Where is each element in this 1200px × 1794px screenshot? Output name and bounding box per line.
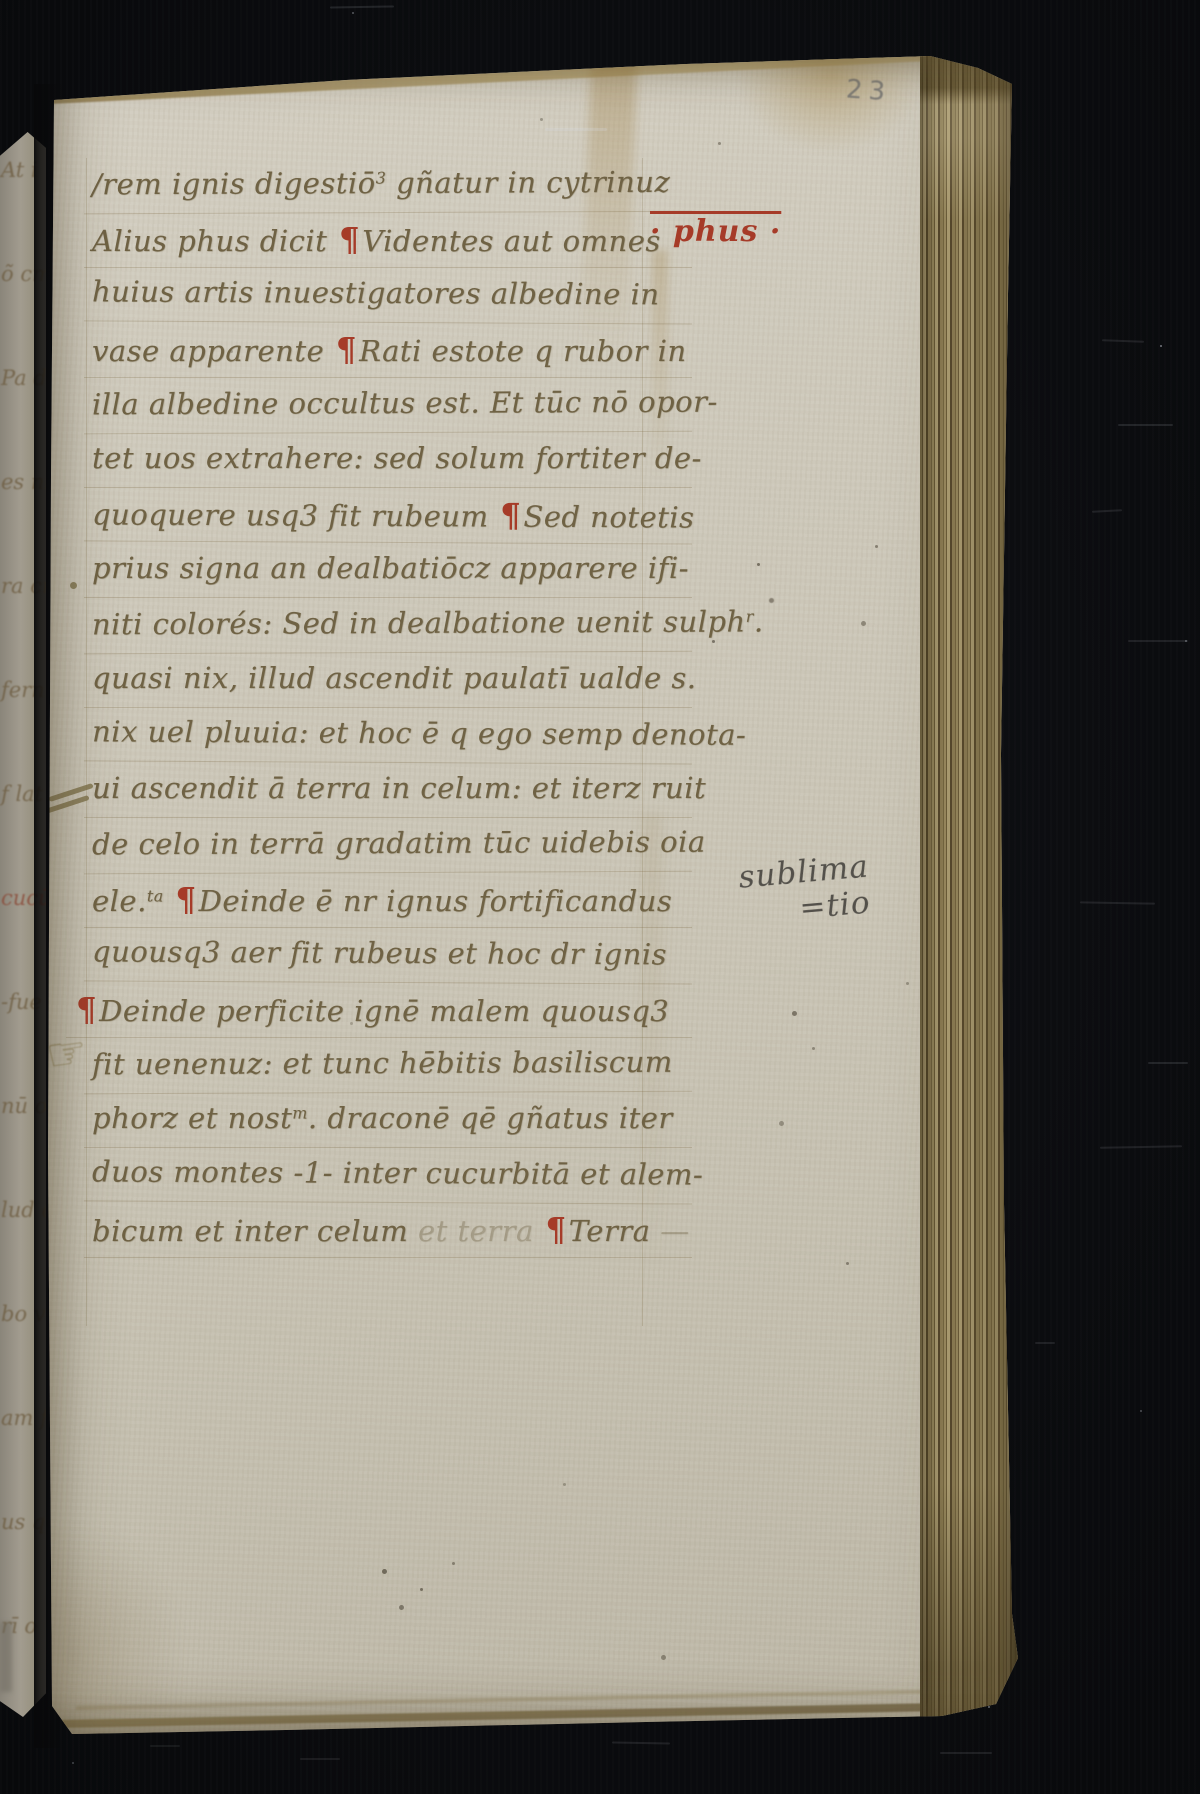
text-run: m	[292, 1103, 308, 1122]
text-run: Deinde perficite ignē malem quousq3	[99, 994, 669, 1028]
scratch-mark	[1100, 1145, 1182, 1148]
dust-specks	[0, 0, 2, 2]
text-run: /rem ignis digestiō	[92, 166, 376, 201]
text-run: duos montes -1- inter cucurbitā et alem-	[92, 1154, 703, 1191]
text-run: ele.	[92, 884, 147, 918]
text-run	[164, 884, 174, 918]
text-run: fit uenenuz: et tunc hēbitis basiliscum	[92, 1045, 673, 1082]
left-edge-highlight	[0, 1622, 12, 1692]
manuscript-line: quasi nix, illud ascendit paulatī ualde …	[92, 661, 702, 716]
text-run: ta	[147, 886, 164, 905]
margin-note-sublimatio: sublima =tio	[737, 848, 873, 931]
text-run: Rati estote q rubor in	[359, 334, 687, 368]
scratch-mark	[330, 5, 394, 8]
text-run: Terra	[569, 1214, 651, 1248]
text-run: quousq3 aer fit rubeus et hoc dr ignis	[92, 934, 667, 971]
scratch-mark	[1080, 901, 1155, 904]
manuscript-line: quoquere usq3 fit rubeum ¶Sed notetis	[92, 494, 702, 552]
ruling-line-vertical	[86, 158, 87, 1326]
nota-slashes-icon	[48, 790, 98, 820]
text-run: niti colorés: Sed in dealbatione uenit s…	[92, 604, 746, 641]
scratch-mark	[300, 1758, 340, 1760]
manuscript-line: /rem ignis digestiō3 gñatur in cytrinuz	[92, 165, 702, 223]
manuscript-page: 23 /rem ignis digestiō3 gñatur in cytrin…	[46, 54, 1021, 1736]
scratch-mark	[1035, 1342, 1055, 1344]
text-run: nix uel pluuia: et hoc ē q ego semp deno…	[92, 714, 746, 751]
manuscript-line: Alius phus dicit ¶Videntes aut omnes	[92, 221, 702, 276]
scratch-mark	[612, 1741, 670, 1744]
text-block: /rem ignis digestiō3 gñatur in cytrinuzA…	[92, 166, 702, 1266]
text-run: —	[650, 1214, 689, 1248]
manuscript-line: duos montes -1- inter cucurbitā et alem-	[92, 1154, 702, 1212]
fore-edge-pages	[920, 54, 1021, 1736]
text-run: prius signa an dealbatiōcz apparere ifi-	[92, 551, 689, 585]
scratch-mark	[150, 1745, 180, 1747]
manicule-icon: ☞	[42, 1023, 90, 1082]
manuscript-line: prius signa an dealbatiōcz apparere ifi-	[92, 551, 702, 606]
scratch-mark	[1092, 509, 1122, 513]
text-run: huius artis inuestigatores albedine in	[92, 274, 660, 311]
text-run: de celo in terrā gradatim tūc uidebis oi…	[92, 825, 706, 862]
text-run: quasi nix, illud ascendit paulatī ualde …	[92, 661, 696, 695]
photograph-stage: At iõ cmPa daes nira crfernf latcucū-fue…	[0, 0, 1200, 1794]
manuscript-line: niti colorés: Sed in dealbatione uenit s…	[92, 605, 702, 663]
manuscript-line: illa albedine occultus est. Et tūc nō op…	[92, 385, 702, 443]
manuscript-line: ¶Deinde perficite ignē malem quousq3	[74, 991, 702, 1046]
scratch-mark	[1118, 424, 1173, 426]
text-run: quoquere usq3 fit rubeum	[92, 497, 498, 533]
text-run: et terra	[418, 1214, 544, 1248]
scratch-mark	[1128, 640, 1188, 642]
text-run: .	[754, 604, 764, 638]
margin-note-phus: · phus ·	[650, 214, 781, 249]
text-run: vase apparente	[92, 334, 334, 368]
manuscript-line: tet uos extrahere: sed solum fortiter de…	[92, 441, 702, 496]
parchment-stain	[46, 1524, 186, 1744]
rubric-mark: ¶	[544, 1211, 569, 1249]
rubric-mark: ¶	[173, 881, 198, 919]
ink-speckles	[46, 54, 49, 57]
manuscript-line: nix uel pluuia: et hoc ē q ego semp deno…	[92, 714, 702, 772]
text-run: illa albedine occultus est. Et tūc nō op…	[92, 385, 718, 422]
scratch-mark	[940, 1752, 992, 1754]
rubric-mark: ¶	[337, 221, 362, 259]
left-page-text-fragment: At i	[1, 158, 38, 182]
margin-dot	[70, 582, 77, 589]
text-run: r	[746, 607, 754, 626]
text-run: Deinde ē nr ignus fortificandus	[199, 884, 673, 918]
rubric-mark: ¶	[334, 331, 359, 369]
manuscript-line: fit uenenuz: et tunc hēbitis basiliscum	[92, 1045, 702, 1103]
rubric-mark: ¶	[498, 497, 523, 535]
manuscript-line: ui ascendit ā terra in celum: et iterz r…	[92, 771, 702, 826]
folio-number: 23	[845, 74, 892, 107]
manuscript-line: bicum et inter celum et terra ¶Terra —	[92, 1211, 702, 1266]
scratch-mark	[545, 128, 607, 131]
scratch-mark	[1102, 339, 1144, 342]
text-run: ui ascendit ā terra in celum: et iterz r…	[92, 771, 706, 805]
text-run: bicum et inter celum	[92, 1214, 418, 1248]
scratch-mark	[1148, 1062, 1188, 1064]
manuscript-line: phorz et nostm. draconē qē gñatus iter	[92, 1101, 702, 1156]
text-run: Videntes aut omnes	[362, 224, 661, 258]
manuscript-line: huius artis inuestigatores albedine in	[92, 274, 702, 332]
text-run: . draconē qē gñatus iter	[308, 1101, 673, 1135]
top-edge-stain	[736, 54, 926, 154]
text-run: tet uos extrahere: sed solum fortiter de…	[92, 441, 702, 475]
manuscript-line: de celo in terrā gradatim tūc uidebis oi…	[92, 825, 702, 883]
text-run: Sed notetis	[523, 500, 694, 535]
text-run: phorz et nost	[92, 1101, 292, 1135]
margin-note-sublimatio-line2: =tio	[798, 884, 873, 926]
manuscript-line: vase apparente ¶Rati estote q rubor in	[92, 331, 702, 386]
text-run: 3	[376, 168, 387, 187]
text-run: gñatur in cytrinuz	[386, 165, 670, 200]
manuscript-line: quousq3 aer fit rubeus et hoc dr ignis	[92, 934, 702, 992]
text-run: Alius phus dicit	[92, 224, 337, 258]
manuscript-line: ele.ta ¶Deinde ē nr ignus fortificandus	[92, 881, 702, 936]
